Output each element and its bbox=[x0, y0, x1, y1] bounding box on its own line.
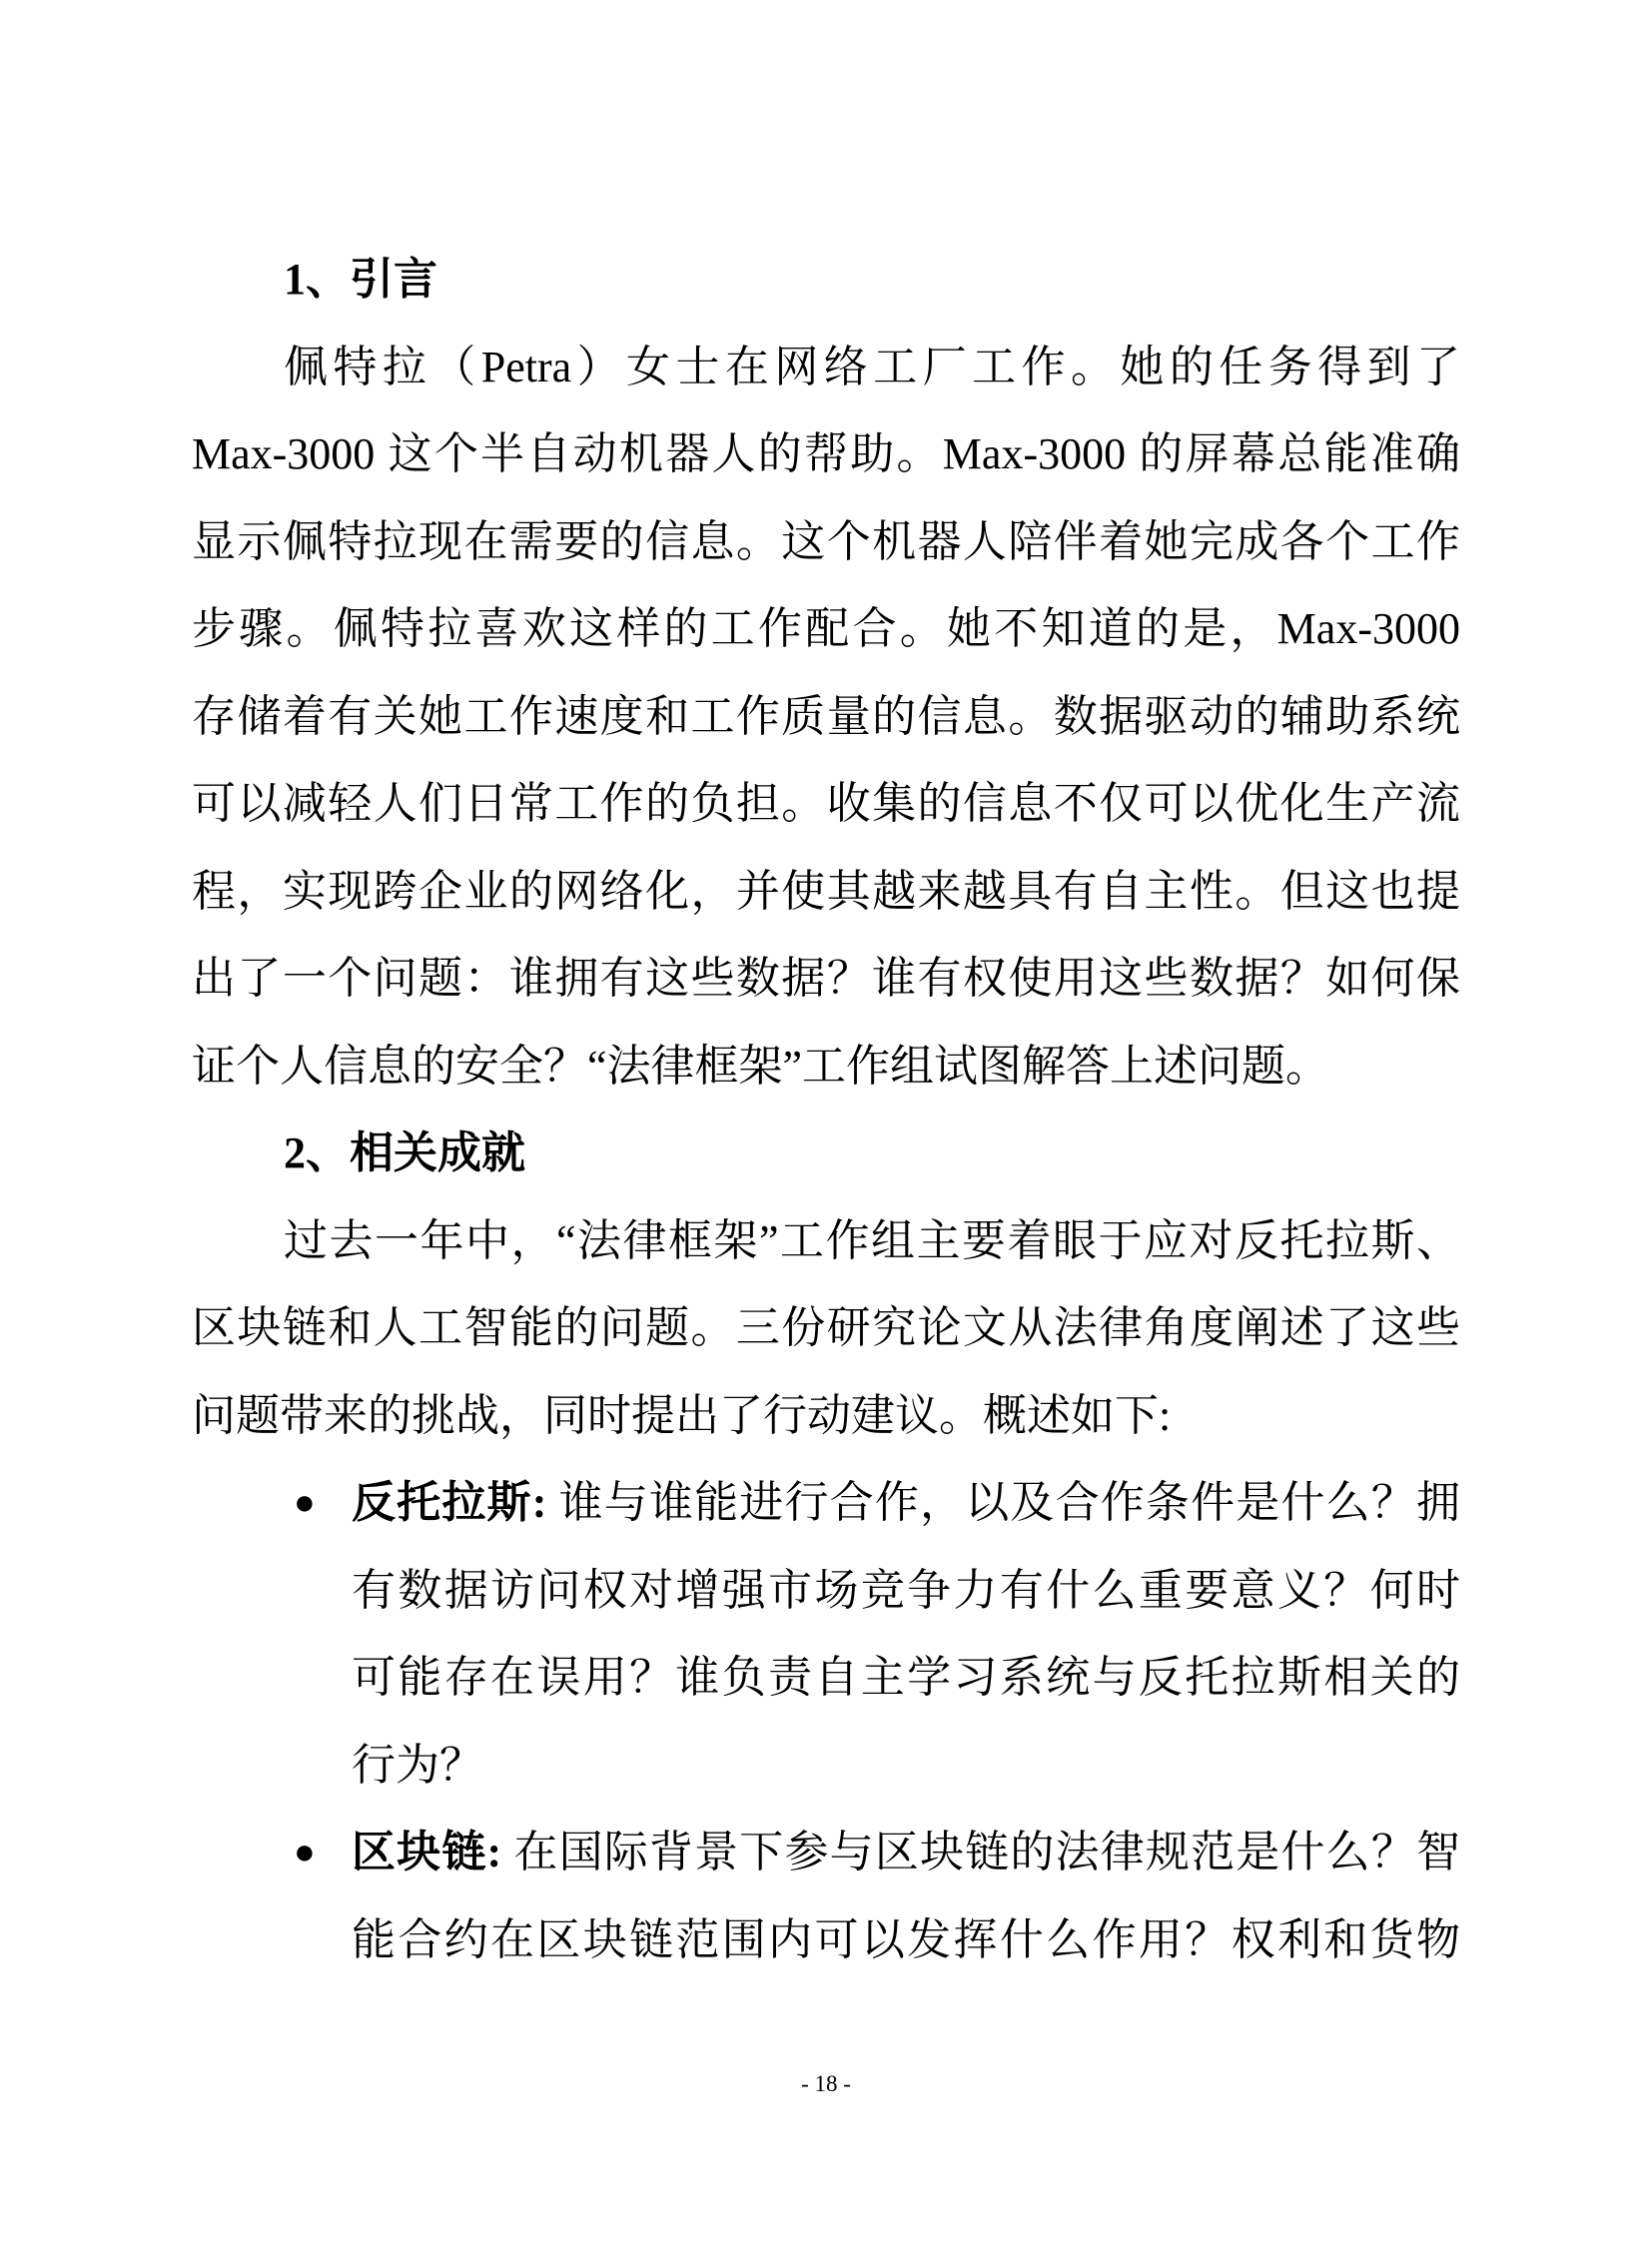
bullet-text: 谁与谁能进行合作，以及合作条件是什么？拥 bbox=[559, 1478, 1460, 1527]
bullet-item-antitrust: ●反托拉斯: 谁与谁能进行合作，以及合作条件是什么？拥 bbox=[192, 1459, 1460, 1547]
bullet-term: 区块链: bbox=[352, 1828, 501, 1876]
bullet-icon: ● bbox=[294, 1809, 316, 1896]
section-1-heading: 1、引言 bbox=[192, 236, 1460, 324]
paragraph-line: 问题带来的挑战，同时提出了行动建议。概述如下: bbox=[192, 1372, 1460, 1460]
paragraph-line: 存储着有关她工作速度和工作质量的信息。数据驱动的辅助系统 bbox=[192, 673, 1460, 761]
paragraph-line: 出了一个问题：谁拥有这些数据？谁有权使用这些数据？如何保 bbox=[192, 935, 1460, 1023]
document-content: 1、引言 佩特拉（Petra）女士在网络工厂工作。她的任务得到了 Max-300… bbox=[192, 236, 1460, 1983]
paragraph-line: 证个人信息的安全？“法律框架”工作组试图解答上述问题。 bbox=[192, 1023, 1460, 1111]
bullet-continuation-line: 行为？ bbox=[192, 1722, 1460, 1810]
bullet-icon: ● bbox=[294, 1459, 316, 1547]
paragraph-line: 佩特拉（Petra）女士在网络工厂工作。她的任务得到了 bbox=[192, 324, 1460, 411]
bullet-continuation-line: 有数据访问权对增强市场竞争力有什么重要意义？何时 bbox=[192, 1547, 1460, 1635]
page-number-footer: - 18 - bbox=[0, 2069, 1652, 2099]
document-page: 1、引言 佩特拉（Petra）女士在网络工厂工作。她的任务得到了 Max-300… bbox=[0, 0, 1652, 2242]
bullet-text: 在国际背景下参与区块链的法律规范是什么？智 bbox=[513, 1828, 1460, 1876]
bullet-term: 反托拉斯: bbox=[352, 1478, 546, 1527]
paragraph-line: 过去一年中，“法律框架”工作组主要着眼于应对反托拉斯、 bbox=[192, 1197, 1460, 1285]
paragraph-line: 程，实现跨企业的网络化，并使其越来越具有自主性。但这也提 bbox=[192, 848, 1460, 936]
bullet-continuation-line: 可能存在误用？谁负责自主学习系统与反托拉斯相关的 bbox=[192, 1634, 1460, 1722]
paragraph-line: 可以减轻人们日常工作的负担。收集的信息不仅可以优化生产流 bbox=[192, 760, 1460, 848]
section-2-heading: 2、相关成就 bbox=[192, 1110, 1460, 1197]
bullet-item-blockchain: ●区块链: 在国际背景下参与区块链的法律规范是什么？智 bbox=[192, 1809, 1460, 1896]
paragraph-line: 区块链和人工智能的问题。三份研究论文从法律角度阐述了这些 bbox=[192, 1284, 1460, 1372]
paragraph-line: 显示佩特拉现在需要的信息。这个机器人陪伴着她完成各个工作 bbox=[192, 498, 1460, 586]
bullet-continuation-line: 能合约在区块链范围内可以发挥什么作用？权利和货物 bbox=[192, 1896, 1460, 1984]
paragraph-line: 步骤。佩特拉喜欢这样的工作配合。她不知道的是，Max-3000 bbox=[192, 585, 1460, 673]
paragraph-line: Max-3000 这个半自动机器人的帮助。Max-3000 的屏幕总能准确 bbox=[192, 410, 1460, 498]
